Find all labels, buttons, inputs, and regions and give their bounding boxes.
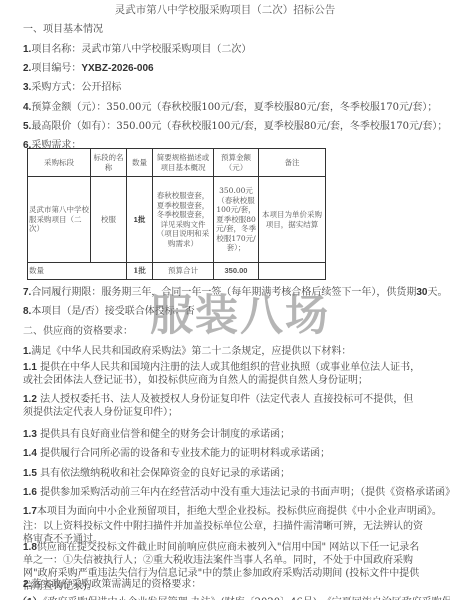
sub-item-1-1: 1.1 提供在中华人民共和国境内注册的法人或其他组织的营业执照（或事业单位法人证…: [23, 361, 423, 387]
total-budget-cell: 350.00: [214, 263, 259, 280]
item-project-code: 2.项目编号：YXBZ-2026-006: [23, 59, 154, 74]
total-budget-label-cell: 预算合计: [153, 263, 214, 280]
sub-item-1-3: 1.3 提供具有良好商业信誉和健全的财务会计制度的承诺函；: [23, 425, 290, 440]
item-text: 本项目为面向中小企业预留项目，拒绝大型企业投标。投标供应商提供《中小企业声明函》…: [37, 506, 442, 517]
header-cell: 备注: [259, 149, 326, 177]
item-number: 1.1: [23, 362, 37, 373]
document-title: 灵武市第八中学校服采购项目（二次）招标公告: [0, 2, 450, 17]
total-remark-cell: [259, 263, 326, 280]
procurement-table: 采购标段 标段的名称 数量 简要规格描述或项目基本概况 预算金额（元） 备注 灵…: [27, 148, 326, 280]
item-text: 提供具有良好商业信誉和健全的财务会计制度的承诺函；: [37, 429, 290, 440]
item-project-name: 1.项目名称：灵武市第八中学校服采购项目（二次）: [23, 40, 251, 55]
item-text: 提供履行合同所必需的设备和专业技术能力的证明材料或承诺函；: [37, 448, 330, 459]
item-label: 最高限价（如有）：: [31, 121, 116, 132]
watermark-text: 服装八场: [150, 282, 330, 343]
sub-item-1-7: 1.7本项目为面向中小企业预留项目，拒绝大型企业投标。投标供应商提供《中小企业声…: [23, 502, 442, 517]
requirement-1: 1.满足《中华人民共和国政府采购法》第二十二条规定，应提供以下材料：: [23, 342, 351, 357]
item-label: 项目名称：: [31, 44, 81, 55]
remark-cell: 本项目为单价采购项目，据实结算: [259, 177, 326, 263]
requirement-2: 2.落实政府采购政策需满足的资格要求：: [23, 575, 201, 590]
requirement-2-1: （1）《政府采购促进中小企业发展管理 办法》(财库〔2020〕46号)、《宁夏回…: [17, 593, 450, 600]
header-cell: 简要规格描述或项目基本概况: [153, 149, 214, 177]
item-label: 项目编号：: [31, 63, 81, 74]
sub-item-1-2: 1.2 法人授权委托书、法人及被授权人身份证复印件（法定代表人 直接投标可不提供…: [23, 393, 423, 419]
item-label: 采购方式：: [31, 82, 81, 93]
item-number: 1.3: [23, 429, 37, 440]
header-cell: 标段的名称: [91, 149, 127, 177]
item-text: 法人授权委托书、法人及被授权人身份证复印件（法定代表人 直接投标可不提供，但须提…: [23, 394, 413, 418]
item-number: 1.6: [23, 487, 37, 498]
section-heading-basic-info: 一、项目基本情况: [23, 20, 103, 35]
item-value: 350.00元（春秋校服100元/套，夏季校服80元/套，冬季校服170元/套）…: [106, 102, 437, 113]
item-number: 1.5: [23, 468, 37, 479]
item-value: 公开招标: [81, 82, 121, 93]
budget-cell: 350.00元（春秋校服100元/套，夏季校服80元/套，冬季校服170元/套）…: [214, 177, 259, 263]
item-procurement-method: 3.采购方式：公开招标: [23, 78, 121, 93]
item-number: 1.2: [23, 394, 37, 405]
item-number: 1.4: [23, 448, 37, 459]
item-text: 提供在中华人民共和国境内注册的法人或其他组织的营业执照（或事业单位法人证书，或社…: [23, 362, 420, 386]
sub-item-1-6: 1.6 提供参加采购活动前三年内在经营活动中没有重大违法记录的书面声明；（提供《…: [23, 483, 450, 498]
item-max-price: 5.最高限价（如有）：350.00元（春秋校服100元/套，夏季校服80元/套，…: [23, 117, 447, 132]
item-number: 1.8: [23, 542, 37, 553]
item-text: 具有依法缴纳税收和社会保障资金的良好记录的承诺函；: [37, 468, 290, 479]
total-label-cell: 数量: [28, 263, 127, 280]
section-heading-supplier-qualifications: 二、供应商的资格要求：: [23, 322, 133, 337]
header-cell: 采购标段: [28, 149, 91, 177]
quantity-cell: 1批: [127, 177, 153, 263]
sub-item-1-5: 1.5 具有依法缴纳税收和社会保障资金的良好记录的承诺函；: [23, 464, 290, 479]
item-text: 落实政府采购政策需满足的资格要求：: [31, 579, 201, 590]
lot-cell: 灵武市第八中学校服采购项目（二次）: [28, 177, 91, 263]
description-cell: 春秋校服壹套，夏季校服壹套，冬季校服壹套，详见采购文件（项目说明和采购需求）: [153, 177, 214, 263]
item-text-tail: 天。: [427, 287, 447, 298]
item-value: YXBZ-2026-006: [81, 63, 153, 74]
header-cell: 预算金额（元）: [214, 149, 259, 177]
delivery-days: 30: [416, 287, 427, 298]
name-cell: 校服: [91, 177, 127, 263]
total-quantity-cell: 1批: [127, 263, 153, 280]
table-header-row: 采购标段 标段的名称 数量 简要规格描述或项目基本概况 预算金额（元） 备注: [28, 149, 326, 177]
item-value: 灵武市第八中学校服采购项目（二次）: [81, 44, 251, 55]
item-budget: 4.预算金额（元）：350.00元（春秋校服100元/套，夏季校服80元/套，冬…: [23, 98, 437, 113]
item-text: 提供参加采购活动前三年内在经营活动中没有重大违法记录的书面声明；（提供《资格承诺…: [37, 487, 450, 498]
table-total-row: 数量 1批 预算合计 350.00: [28, 263, 326, 280]
item-value: 350.00元（春秋校服100元/套，夏季校服80元/套，冬季校服170元/套）…: [116, 121, 447, 132]
item-text: 满足《中华人民共和国政府采购法》第二十二条规定，应提供以下材料：: [31, 346, 351, 357]
item-number: 1.7: [23, 506, 37, 517]
sub-item-1-4: 1.4 提供履行合同所必需的设备和专业技术能力的证明材料或承诺函；: [23, 444, 330, 459]
table-row: 灵武市第八中学校服采购项目（二次） 校服 1批 春秋校服壹套，夏季校服壹套，冬季…: [28, 177, 326, 263]
item-label: 预算金额（元）：: [31, 102, 106, 113]
header-cell: 数量: [127, 149, 153, 177]
